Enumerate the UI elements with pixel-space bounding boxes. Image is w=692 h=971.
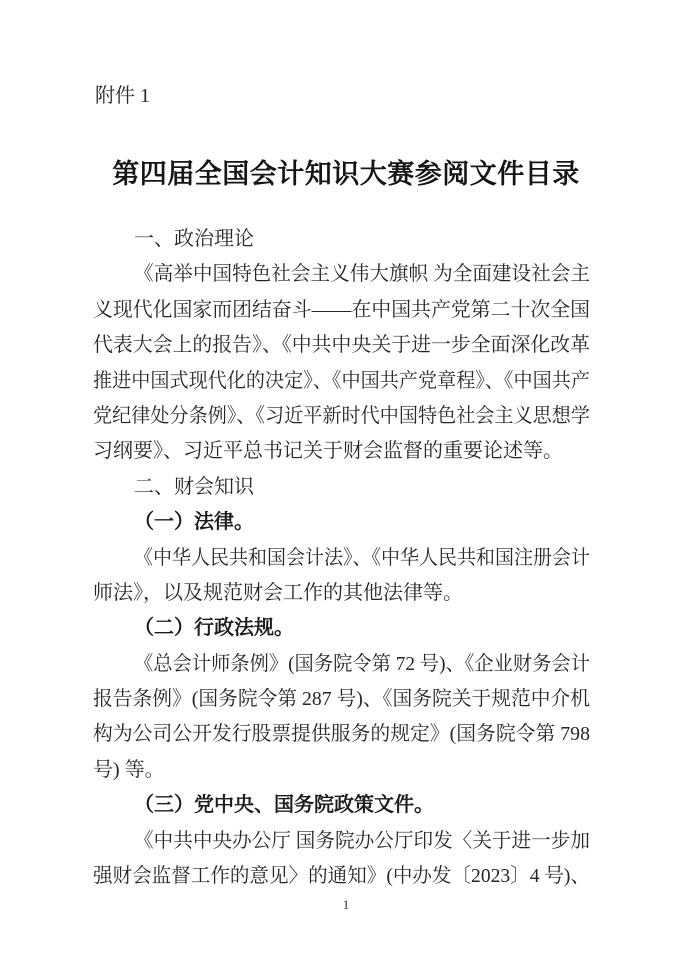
subheading-admin-regulations: （二）行政法规。: [93, 611, 590, 646]
document-page: 附件 1 第四届全国会计知识大赛参阅文件目录 一、政治理论 《高举中国特色社会主…: [0, 0, 692, 971]
paragraph-line: 义现代化国家而团结奋斗——在中国共产党第二十次全国: [93, 293, 590, 328]
paragraph-line: 号) 等。: [93, 753, 590, 788]
paragraph-line: 《高举中国特色社会主义伟大旗帜 为全面建设社会主: [93, 257, 590, 292]
paragraph-line: 推进中国式现代化的决定》、《中国共产党章程》、《中国共产: [93, 364, 590, 399]
paragraph-line: 《中共中央办公厅 国务院办公厅印发〈关于进一步加: [93, 824, 590, 859]
paragraph-line: 《中华人民共和国会计法》、《中华人民共和国注册会计: [93, 541, 590, 576]
paragraph-line: 《总会计师条例》(国务院令第 72 号)、《企业财务会计: [93, 647, 590, 682]
subheading-law: （一）法律。: [93, 505, 590, 540]
paragraph-line: 强财会监督工作的意见〉的通知》(中办发〔2023〕4 号)、: [93, 859, 590, 894]
paragraph-line: 代表大会上的报告》、《中共中央关于进一步全面深化改革: [93, 328, 590, 363]
paragraph-line: 构为公司公开发行股票提供服务的规定》(国务院令第 798: [93, 717, 590, 752]
attachment-label: 附件 1: [95, 84, 150, 108]
document-title: 第四届全国会计知识大赛参阅文件目录: [0, 152, 692, 191]
paragraph-line: 党纪律处分条例》、《习近平新时代中国特色社会主义思想学: [93, 399, 590, 434]
heading-politics: 一、政治理论: [93, 222, 590, 257]
paragraph-line: 师法》，以及规范财会工作的其他法律等。: [93, 576, 590, 611]
document-body: 一、政治理论 《高举中国特色社会主义伟大旗帜 为全面建设社会主 义现代化国家而团…: [93, 222, 590, 894]
page-number: 1: [0, 897, 692, 913]
subheading-policy-documents: （三）党中央、国务院政策文件。: [93, 788, 590, 823]
paragraph-line: 习纲要》、习近平总书记关于财会监督的重要论述等。: [93, 434, 590, 469]
heading-finance-knowledge: 二、财会知识: [93, 470, 590, 505]
paragraph-line: 报告条例》(国务院令第 287 号)、《国务院关于规范中介机: [93, 682, 590, 717]
